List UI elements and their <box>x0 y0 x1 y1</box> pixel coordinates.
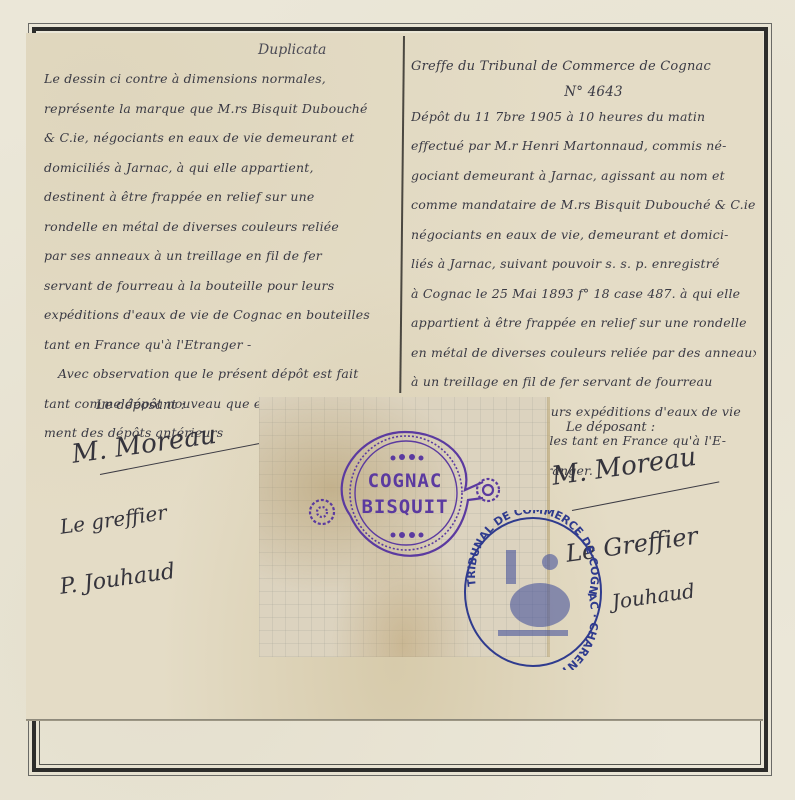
left-text-line: tant en France qu'à l'Etranger - <box>44 330 396 360</box>
left-column-text: Le dessin ci contre à dimensions normale… <box>44 64 396 448</box>
right-text-line: à un treillage en fil de fer servant de … <box>411 367 756 397</box>
document-title: Duplicata <box>258 42 326 58</box>
right-text-line: liés à Jarnac, suivant pouvoir s. s. p. … <box>411 249 756 279</box>
right-text-line: comme mandataire de M.rs Bisquit Dubouch… <box>411 190 756 220</box>
left-text-line: & C.ie, négociants en eaux de vie demeur… <box>44 123 396 153</box>
registry-number: N° 4643 <box>411 82 756 102</box>
right-depositor-label: Le déposant : <box>566 420 655 435</box>
left-text-line: Le dessin ci contre à dimensions normale… <box>44 64 396 94</box>
left-depositor-label: Le déposant : <box>96 398 185 413</box>
right-text-line: Dépôt du 11 7bre 1905 à 10 heures du mat… <box>411 102 756 132</box>
right-text-line: négociants en eaux de vie, demeurant et … <box>411 220 756 250</box>
court-seal: TRIBUNAL DE COMMERCE DE COGNAC · CHARENT… <box>458 510 608 670</box>
left-text-line: représente la marque que M.rs Bisquit Du… <box>44 94 396 124</box>
right-text-line: effectué par M.r Henri Martonnaud, commi… <box>411 131 756 161</box>
right-text-line: appartient à être frappée en relief sur … <box>411 308 756 338</box>
right-text-line: gociant demeurant à Jarnac, agissant au … <box>411 161 756 191</box>
left-text-line: domiciliés à Jarnac, à qui elle appartie… <box>44 153 396 183</box>
left-text-line: destinent à être frappée en relief sur u… <box>44 182 396 212</box>
left-text-line: expéditions d'eaux de vie de Cognac en b… <box>44 300 396 330</box>
registry-heading: Greffe du Tribunal de Commerce de Cognac <box>411 52 756 82</box>
left-text-line: rondelle en métal de diverses couleurs r… <box>44 212 396 242</box>
stamp-line-cognac: COGNAC <box>305 470 505 492</box>
right-text-line: en métal de diverses couleurs reliée par… <box>411 338 756 368</box>
left-text-line: Avec observation que le présent dépôt es… <box>44 359 396 389</box>
right-text-line: à Cognac le 25 Mai 1893 f° 18 case 487. … <box>411 279 756 309</box>
left-text-line: servant de fourreau à la bouteille pour … <box>44 271 396 301</box>
left-text-line: par ses anneaux à un treillage en fil de… <box>44 241 396 271</box>
court-seal-emblem-icon: TRIBUNAL DE COMMERCE DE COGNAC · CHARENT… <box>458 510 608 670</box>
